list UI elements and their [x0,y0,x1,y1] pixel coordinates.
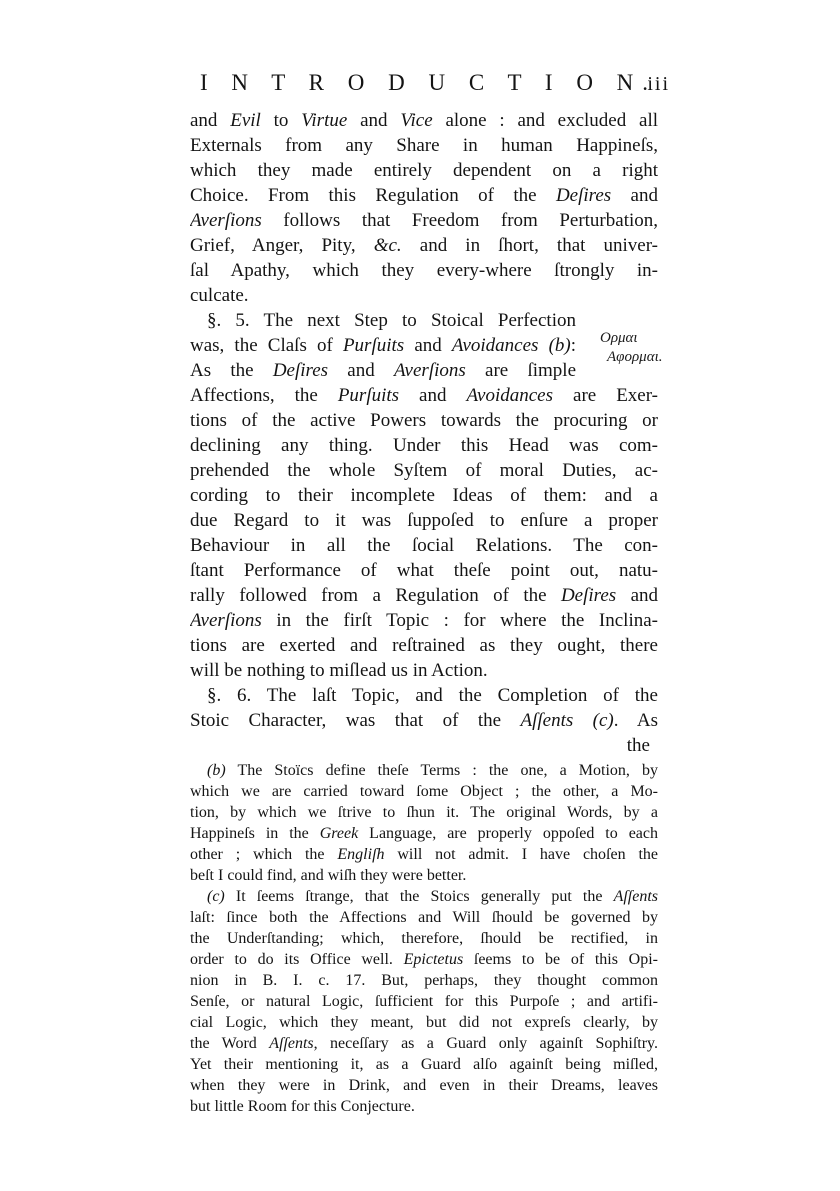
footnote-line: the Underſtanding; which, therefore, ſho… [190,928,658,949]
body-line: and Evil to Virtue and Vice alone : and … [190,108,658,133]
footnote-line: laſt: ſince both the Affections and Will… [190,907,658,928]
book-page: I N T R O D U C T I O N. iii and Evil to… [0,0,840,1191]
body-line: §. 6. The laſt Topic, and the Completion… [190,683,658,708]
body-line: §. 5. The next Step to Stoical Perfectio… [190,308,658,333]
footnote-line: Happineſs in the Greek Language, are pro… [190,823,658,844]
body-line: rally followed from a Regulation of the … [190,583,658,608]
page-header: I N T R O D U C T I O N. iii [190,70,658,98]
body-line: Behaviour in all the ſocial Relations. T… [190,533,658,558]
footnote-line: nion in B. I. c. 17. But, perhaps, they … [190,970,658,991]
body-line: Choice. From this Regulation of the Deſi… [190,183,658,208]
footnote-line: order to do its Office well. Epictetus ſ… [190,949,658,970]
footnote-line: beſt I could find, and wiſh they were be… [190,865,658,886]
body-line: ſal Apathy, which they every-where ſtron… [190,258,658,283]
footnote-line: but little Room for this Conjecture. [190,1096,658,1117]
body-line: Grief, Anger, Pity, &c. and in ſhort, th… [190,233,658,258]
body-line: culcate. [190,283,658,308]
text-block: I N T R O D U C T I O N. iii and Evil to… [190,70,658,1117]
body-line: tions are exerted and reſtrained as they… [190,633,658,658]
body-text: and Evil to Virtue and Vice alone : and … [190,108,658,758]
body-line: Stoic Character, was that of the Aſſents… [190,708,658,733]
footnote-line: other ; which the Engliſh will not admit… [190,844,658,865]
body-line: will be nothing to miſlead us in Action. [190,658,658,683]
body-paragraphs: and Evil to Virtue and Vice alone : and … [190,108,658,733]
footnote-line: Yet their mentioning it, as a Guard alſo… [190,1054,658,1075]
body-line: which they made entirely dependent on a … [190,158,658,183]
footnote-line: (b) The Stoïcs define theſe Terms : the … [190,760,658,781]
footnote-line: which we are carried toward ſome Object … [190,781,658,802]
footnote-line: cial Logic, which they meant, but did no… [190,1012,658,1033]
footnote-line: tion, by which we ſtrive to ſhun it. The… [190,802,658,823]
footnote-line: Senſe, or natural Logic, ſufficient for … [190,991,658,1012]
body-line: ſtant Performance of what theſe point ou… [190,558,658,583]
body-line: declining any thing. Under this Head was… [190,433,658,458]
footnote-line: (c) It ſeems ſtrange, that the Stoics ge… [190,886,658,907]
catchword: the [190,733,658,758]
body-line: Externals from any Share in human Happin… [190,133,658,158]
margin-note-line: Ορμαι [600,329,690,348]
body-line: cording to their incomplete Ideas of the… [190,483,658,508]
footnote-line: when they were in Drink, and even in the… [190,1075,658,1096]
body-line: prehended the whole Syſtem of moral Duti… [190,458,658,483]
margin-note-line: Αφορμαι. [600,348,690,367]
body-line: As the Deſires and Averſions are ſimple [190,358,658,383]
body-line: Averſions in the firſt Topic : for where… [190,608,658,633]
body-line: Affections, the Purſuits and Avoidances … [190,383,658,408]
body-line: tions of the active Powers towards the p… [190,408,658,433]
footnote-line: the Word Aſſents, neceſſary as a Guard o… [190,1033,658,1054]
footnotes: (b) The Stoïcs define theſe Terms : the … [190,758,658,1117]
body-line: Averſions follows that Freedom from Pert… [190,208,658,233]
margin-note: Ορμαι Αφορμαι. [600,329,690,367]
page-title: I N T R O D U C T I O N. [190,70,658,96]
page-number: iii [647,73,670,96]
body-line: was, the Claſs of Purſuits and Avoidance… [190,333,658,358]
body-line: due Regard to it was ſuppoſed to enſure … [190,508,658,533]
